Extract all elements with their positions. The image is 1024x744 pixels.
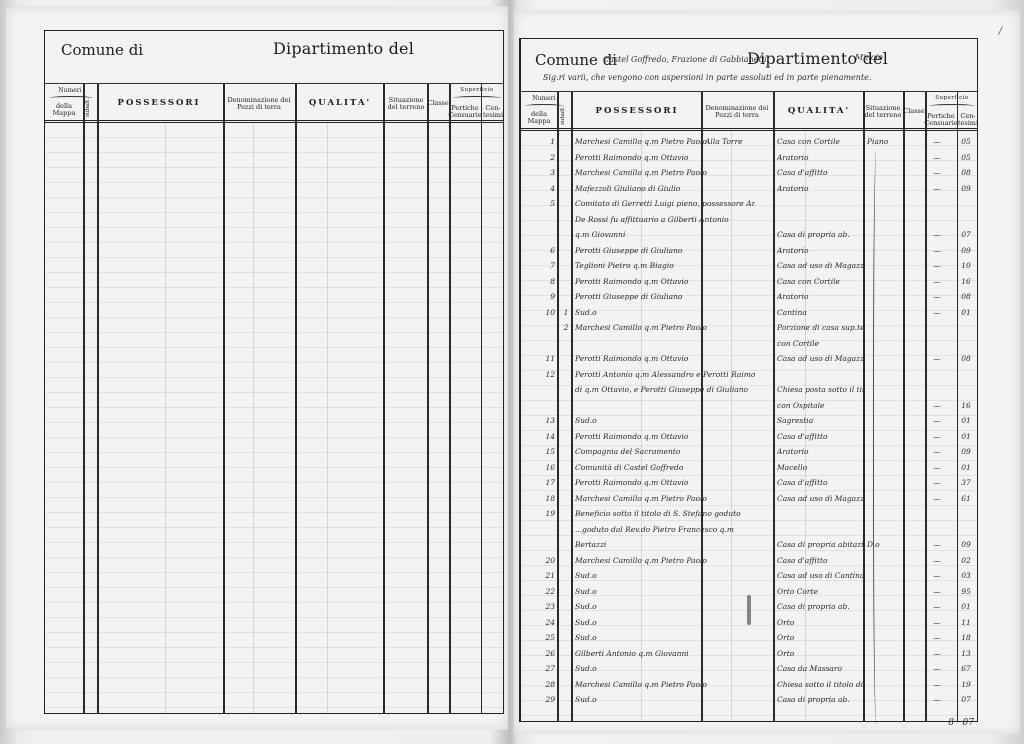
pertiche-cell: — [924, 680, 950, 689]
map-number-cell: 6 [523, 246, 557, 255]
col-divider [223, 83, 225, 713]
right-page: / Comune di Castel Goffredo, Frazione di… [514, 10, 1020, 734]
pertiche-cell: — [924, 308, 950, 317]
table-row: 4Mafezzoli Giuliano di GiulioAratorio—09 [521, 182, 977, 197]
qualita-cell: Casa d'affitto [777, 432, 863, 441]
header-qualita: QUALITA' [775, 92, 863, 132]
possessore-cell: Perotti Antonio q.m Alessandro e Perotti… [575, 370, 755, 379]
ditto-wavy-line [873, 151, 881, 726]
dipartimento-value: Mincio [855, 53, 883, 62]
possessore-cell: Sud.o [575, 695, 755, 704]
qualita-cell: Cantina [777, 308, 863, 317]
map-number-cell: 24 [523, 618, 557, 627]
header-possessori: POSSESSORI [97, 84, 221, 124]
map-number-cell: 2 [523, 153, 557, 162]
qualita-cell: Aratorio [777, 184, 863, 193]
map-number-cell: 20 [523, 556, 557, 565]
qualita-cell: Sagrestia [777, 416, 863, 425]
qualita-cell: Macello [777, 463, 863, 472]
pertiche-cell: — [924, 571, 950, 580]
possessore-cell: Perotti Raimondo q.m Ottavio [575, 277, 755, 286]
qualita-cell: Casa con Cortile [777, 277, 863, 286]
col-divider [295, 83, 297, 713]
table-row: 18Marchesi Camillo q.m Pietro PaoloCasa … [521, 492, 977, 507]
map-number-cell: 12 [523, 370, 557, 379]
qualita-cell: Orto [777, 618, 863, 627]
possessore-cell: Sud.o [575, 308, 755, 317]
pertiche-cell: — [924, 354, 950, 363]
possessore-cell: Sud.o [575, 633, 755, 642]
table-row: 16Comunità di Castel GoffredoMacello—01 [521, 461, 977, 476]
right-form-frame: Comune di Castel Goffredo, Frazione di G… [519, 38, 978, 722]
table-row: 7Teglioni Pietro q.m BiagioCasa ad uso d… [521, 259, 977, 274]
table-row: De Rossi fu affittuario a Gilberti Anton… [521, 213, 977, 228]
map-number-cell: 19 [523, 509, 557, 518]
qualita-cell: Porzione di casa sup.te al N.10 [777, 323, 863, 332]
table-row: q.m GiovanniCasa di propria ab.—07 [521, 228, 977, 243]
qualita-cell: Casa con Cortile [777, 137, 863, 146]
map-number-cell: 14 [523, 432, 557, 441]
table-row: 2Perotti Raimondo q.m OttavioAratorio—05 [521, 151, 977, 166]
map-number-cell: 25 [523, 633, 557, 642]
header-subalt: subalt. [85, 98, 91, 117]
qualita-cell: Casa di propria ab. [777, 230, 863, 239]
qualita-cell: Casa ad uso di Cantina [777, 571, 863, 580]
comune-value: Castel Goffredo, Frazione di Gabbianeta [603, 55, 767, 64]
qualita-cell: Casa di propria ab. [777, 602, 863, 611]
left-table-header: Numeri della Mappa subalt. POSSESSORI De… [45, 83, 503, 123]
table-row: 1Marchesi Camillo q.m Pietro PaoloAlla T… [521, 135, 977, 150]
possessore-cell: Perotti Raimondo q.m Ottavio [575, 432, 755, 441]
left-title-row: Comune di Dipartimento del [45, 31, 503, 83]
map-number-cell: 28 [523, 680, 557, 689]
map-number-cell: 15 [523, 447, 557, 456]
situazione-cell: Piano [867, 137, 901, 146]
possessore-cell: q.m Giovanni [575, 230, 755, 239]
col-guide [327, 123, 328, 713]
table-row: 26Gilberti Antonio q.m GiovanniOrto—13 [521, 647, 977, 662]
col-guide [641, 131, 642, 721]
map-number-cell: 22 [523, 587, 557, 596]
map-number-cell: 21 [523, 571, 557, 580]
col-divider [773, 91, 775, 721]
pertiche-cell: — [924, 447, 950, 456]
table-row: 8Perotti Raimondo q.m OttavioCasa con Co… [521, 275, 977, 290]
pertiche-cell: — [924, 246, 950, 255]
pertiche-cell: — [924, 292, 950, 301]
table-row: BertazziCasa di propria abitazioneD.o—09 [521, 538, 977, 553]
table-row: 29Sud.oCasa di propria ab.—07 [521, 693, 977, 708]
pertiche-cell: — [924, 416, 950, 425]
qualita-cell: Casa ad uso di Magazzino [777, 261, 863, 270]
possessore-cell: Sud.o [575, 664, 755, 673]
qualita-cell: Aratorio [777, 246, 863, 255]
col-guide [805, 131, 806, 721]
pertiche-cell: — [924, 695, 950, 704]
pertiche-cell: — [924, 664, 950, 673]
qualita-cell: Casa di propria abitazione [777, 540, 863, 549]
qualita-cell: Aratorio [777, 447, 863, 456]
possessore-cell: Mafezzoli Giuliano di Giulio [575, 184, 755, 193]
possessore-cell: Gilberti Antonio q.m Giovanni [575, 649, 755, 658]
table-row: 2Marchesi Camillo q.m Pietro PaoloPorzio… [521, 321, 977, 336]
qualita-cell: con Ospitale [777, 401, 863, 410]
pertiche-cell: — [924, 463, 950, 472]
pertiche-cell: — [924, 261, 950, 270]
possessore-cell: Comitato di Gerretti Luigi pieno, posses… [575, 199, 755, 208]
map-number-cell: 29 [523, 695, 557, 704]
qualita-cell: Casa d'affitto [777, 168, 863, 177]
header-subalt: subalt. [560, 106, 566, 125]
header-possessori: POSSESSORI [573, 92, 701, 132]
col-divider [557, 91, 559, 721]
pertiche-cell: — [924, 478, 950, 487]
table-row: 20Marchesi Camillo q.m Pietro PaoloCasa … [521, 554, 977, 569]
table-row: 17Perotti Raimondo q.m OttavioCasa d'aff… [521, 476, 977, 491]
map-number-cell: 26 [523, 649, 557, 658]
map-number-cell: 17 [523, 478, 557, 487]
table-row: 28Marchesi Camillo q.m Pietro PaoloChies… [521, 678, 977, 693]
map-number-cell: 4 [523, 184, 557, 193]
pertiche-cell: — [924, 602, 950, 611]
map-number-cell: 7 [523, 261, 557, 270]
col-divider [97, 83, 99, 713]
possessore-cell: Beneficio sotto il titolo di S. Stefano … [575, 509, 755, 518]
table-row: 14Perotti Raimondo q.m OttavioCasa d'aff… [521, 430, 977, 445]
table-row: 19Beneficio sotto il titolo di S. Stefan… [521, 507, 977, 522]
right-table-header: Numeri della Mappa subalt. POSSESSORI De… [521, 91, 977, 131]
header-classe: Classe [427, 84, 449, 124]
pertiche-cell: — [924, 494, 950, 503]
qualita-cell: Chiesa posta sotto il titolo di S. Lu.. [777, 385, 863, 394]
possessore-cell: Marchesi Camillo q.m Pietro Paolo [575, 680, 755, 689]
possessore-cell: Perotti Raimondo q.m Ottavio [575, 478, 755, 487]
possessore-cell: di q.m Ottavio, e Perotti Giuseppe di Gi… [575, 385, 755, 394]
left-page: Comune di Dipartimento del Numeri della … [6, 6, 508, 730]
possessore-cell: Perotti Raimondo q.m Ottavio [575, 153, 755, 162]
possessore-cell: Marchesi Camillo q.m Pietro Paolo [575, 556, 755, 565]
table-row: 6Perotti Giuseppe di GiulianoAratorio—09 [521, 244, 977, 259]
table-row: con Ospitale—16 [521, 399, 977, 414]
table-row: con Cortile [521, 337, 977, 352]
pertiche-cell: — [924, 401, 950, 410]
pertiche-cell: — [924, 649, 950, 658]
denominazione-cell: Alla Torre [705, 137, 771, 146]
qualita-cell: Casa di propria ab. [777, 695, 863, 704]
possessore-cell: Comunità di Castel Goffredo [575, 463, 755, 472]
table-row: ...goduto dal Rev.do Pietro Francesco q.… [521, 523, 977, 538]
table-row: 21Sud.oCasa ad uso di Cantina—03 [521, 569, 977, 584]
pertiche-cell: — [924, 618, 950, 627]
map-number-cell: 3 [523, 168, 557, 177]
dipartimento-label: Dipartimento del [273, 39, 414, 58]
page-subtitle: Sig.ri varii, che vengono con aspersioni… [543, 73, 871, 82]
right-table-body: 1Marchesi Camillo q.m Pietro PaoloAlla T… [521, 131, 977, 721]
table-row: 11Perotti Raimondo q.m OttavioCasa ad us… [521, 352, 977, 367]
possessore-cell: Marchesi Camillo q.m Pietro Paolo [575, 494, 755, 503]
qualita-cell: Orto [777, 633, 863, 642]
table-row: 101Sud.oCantina—01 [521, 306, 977, 321]
map-number-cell: 1 [523, 137, 557, 146]
page-total: 8 · 07 [948, 718, 974, 728]
possessore-cell: ...goduto dal Rev.do Pietro Francesco q.… [575, 525, 755, 534]
qualita-cell: Orto Corte [777, 587, 863, 596]
header-classe: Classe [903, 92, 925, 132]
qualita-cell: Casa d'affitto [777, 556, 863, 565]
possessore-cell: Sud.o [575, 587, 755, 596]
col-guide [731, 131, 732, 721]
map-number-cell: 11 [523, 354, 557, 363]
table-row: 13Sud.oSagrestia—01 [521, 414, 977, 429]
qualita-cell: Casa ad uso di Magazzino [777, 354, 863, 363]
table-row: 25Sud.oOrto—18 [521, 631, 977, 646]
col-divider [925, 91, 927, 721]
header-situazione: Situazione del terreno [863, 92, 903, 132]
qualita-cell: Casa ad uso di Magazzino Orto [777, 494, 863, 503]
col-divider [383, 83, 385, 713]
comune-label: Comune di [61, 41, 143, 59]
col-divider [571, 91, 573, 721]
pertiche-cell: — [924, 153, 950, 162]
right-title-row: Comune di Castel Goffredo, Frazione di G… [521, 39, 977, 91]
pertiche-cell: — [924, 587, 950, 596]
pertiche-cell: — [924, 540, 950, 549]
possessore-cell: Sud.o [575, 571, 755, 580]
map-number-cell: 8 [523, 277, 557, 286]
col-guide [253, 123, 254, 713]
qualita-cell: Orto [777, 649, 863, 658]
possessore-cell: Marchesi Camillo q.m Pietro Paolo [575, 168, 755, 177]
map-number-cell: 23 [523, 602, 557, 611]
col-divider [863, 91, 865, 721]
col-divider [957, 91, 958, 721]
left-form-frame: Comune di Dipartimento del Numeri della … [44, 30, 504, 714]
col-guide [165, 123, 166, 713]
table-row: 9Perotti Giuseppe di GiulianoAratorio—08 [521, 290, 977, 305]
table-row: 3Marchesi Camillo q.m Pietro PaoloCasa d… [521, 166, 977, 181]
qualita-cell: con Cortile [777, 339, 863, 348]
qualita-cell: Casa d'affitto [777, 478, 863, 487]
map-number-cell: 27 [523, 664, 557, 673]
possessore-cell: Perotti Raimondo q.m Ottavio [575, 354, 755, 363]
col-divider [83, 83, 85, 713]
col-divider [427, 83, 429, 713]
table-row: 27Sud.oCasa da Massaro—67 [521, 662, 977, 677]
pertiche-cell: — [924, 137, 950, 146]
map-number-cell: 9 [523, 292, 557, 301]
table-row: 15Compagnia del SacramentoAratorio—09 [521, 445, 977, 460]
qualita-cell: Aratorio [777, 292, 863, 301]
possessore-cell: Compagnia del Sacramento [575, 447, 755, 456]
document-spread: Comune di Dipartimento del Numeri della … [0, 0, 1024, 744]
possessore-cell: De Rossi fu affittuario a Gilberti Anton… [575, 215, 755, 224]
header-denominazione: Denominazione dei Pezzi di terra [223, 84, 295, 124]
possessore-cell: Perotti Giuseppe di Giuliano [575, 292, 755, 301]
table-row: 5Comitato di Gerretti Luigi pieno, posse… [521, 197, 977, 212]
ink-stain [747, 595, 751, 625]
possessore-cell: Marchesi Camillo q.m Pietro Paolo [575, 323, 755, 332]
table-row: 12Perotti Antonio q.m Alessandro e Perot… [521, 368, 977, 383]
possessore-cell: Bertazzi [575, 540, 755, 549]
pertiche-cell: — [924, 184, 950, 193]
pertiche-cell: — [924, 277, 950, 286]
pertiche-cell: — [924, 230, 950, 239]
table-row: di q.m Ottavio, e Perotti Giuseppe di Gi… [521, 383, 977, 398]
map-number-cell: 18 [523, 494, 557, 503]
possessore-cell: Teglioni Pietro q.m Biagio [575, 261, 755, 270]
map-number-cell: 10 [523, 308, 557, 317]
possessore-cell: Sud.o [575, 618, 755, 627]
pertiche-cell: — [924, 432, 950, 441]
col-divider [903, 91, 905, 721]
map-number-cell: 13 [523, 416, 557, 425]
col-divider [701, 91, 703, 721]
map-number-cell: 16 [523, 463, 557, 472]
qualita-cell: Aratorio [777, 153, 863, 162]
pertiche-cell: — [924, 168, 950, 177]
col-divider [481, 83, 482, 713]
col-divider [449, 83, 451, 713]
left-table-body [45, 123, 503, 713]
corner-mark: / [999, 26, 1002, 37]
pertiche-cell: — [924, 633, 950, 642]
header-denominazione: Denominazione dei Pezzi di terra [701, 92, 773, 132]
qualita-cell: Chiesa sotto il titolo di S. Stefano [777, 680, 863, 689]
qualita-cell: Casa da Massaro [777, 664, 863, 673]
possessore-cell: Sud.o [575, 602, 755, 611]
header-qualita: QUALITA' [297, 84, 383, 124]
possessore-cell: Perotti Giuseppe di Giuliano [575, 246, 755, 255]
possessore-cell: Sud.o [575, 416, 755, 425]
header-situazione: Situazione del terreno [385, 84, 427, 124]
pertiche-cell: — [924, 556, 950, 565]
map-number-cell: 5 [523, 199, 557, 208]
